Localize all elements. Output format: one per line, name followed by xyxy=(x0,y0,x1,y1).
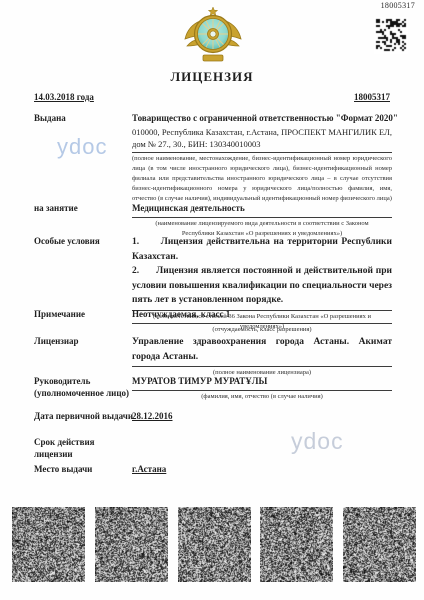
head-label-line1: Руководитель xyxy=(34,376,90,386)
barcode-block xyxy=(260,507,333,582)
validity-label-line1: Срок действия xyxy=(34,437,95,447)
activity-value: Медицинская деятельность xyxy=(132,202,392,215)
remark-value: Неотчуждаемая, класс 1 xyxy=(132,308,392,321)
barcode-block xyxy=(343,507,416,582)
special-condition-2: 2. Лицензия является постоянной и действ… xyxy=(132,264,392,308)
special-condition-1: 1. Лицензия действительна на территории … xyxy=(132,235,392,264)
barcode-block xyxy=(12,507,85,582)
head-label: Руководитель (уполномоченное лицо) xyxy=(34,375,130,399)
license-document: 18005317 xyxy=(0,0,424,600)
qr-code xyxy=(374,17,408,54)
issue-place-value: г.Астана xyxy=(132,463,392,476)
issue-date: 14.03.2018 года xyxy=(34,92,94,102)
validity-label: Срок действия лицензии xyxy=(34,436,130,460)
activity-label: на занятие xyxy=(34,202,130,214)
head-value: МУРАТОВ ТИМУР МУРАТҰЛЫ xyxy=(132,375,392,388)
barcode-block xyxy=(95,507,168,582)
licensor-label: Лицензиар xyxy=(34,335,130,347)
head-label-line2: (уполномоченное лицо) xyxy=(34,388,129,398)
emblem-of-kazakhstan-icon xyxy=(182,6,244,64)
page-title: ЛИЦЕНЗИЯ xyxy=(0,69,424,85)
issued-to-name: Товарищество с ограниченной ответственно… xyxy=(132,112,392,125)
license-number: 18005317 xyxy=(354,92,390,102)
head-note: (фамилия, имя, отчество (в случае наличи… xyxy=(132,390,392,402)
licensor-value: Управление здравоохранения города Астаны… xyxy=(132,335,392,364)
remark-note: (отчуждаемость, класс разрешения) xyxy=(132,323,392,335)
date-number-row: 14.03.2018 года 18005317 xyxy=(34,92,390,106)
issued-to-note: (полное наименование, местонахождение, б… xyxy=(132,152,392,204)
special-conditions-label: Особые условия xyxy=(34,235,130,247)
validity-label-line2: лицензии xyxy=(34,449,73,459)
first-issue-date-value: 28.12.2016 xyxy=(132,410,392,423)
ydoc-watermark-2: ydoc xyxy=(291,428,344,455)
remark-label: Примечание xyxy=(34,308,130,320)
ydoc-watermark-1: ydoc xyxy=(57,134,107,160)
issue-place-label: Место выдачи xyxy=(34,463,130,475)
barcode-block xyxy=(178,507,251,582)
document-number-top: 18005317 xyxy=(381,1,415,10)
barcode-strip xyxy=(12,507,416,582)
first-issue-date-label: Дата первичной выдачи xyxy=(34,410,144,422)
issued-to-label: Выдана xyxy=(34,112,130,124)
issued-to-address: 010000, Республика Казахстан, г.Астана, … xyxy=(132,126,392,150)
